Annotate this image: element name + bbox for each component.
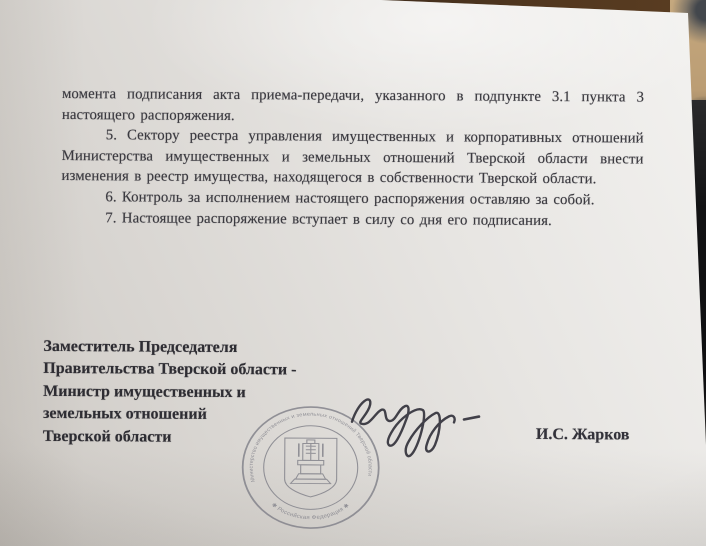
signature-dash (464, 416, 479, 419)
handwritten-signature (0, 0, 706, 546)
document-photo: момента подписания акта приема-передачи,… (0, 0, 706, 546)
document-content: момента подписания акта приема-передачи,… (0, 0, 706, 546)
document-page: момента подписания акта приема-передачи,… (0, 0, 706, 546)
